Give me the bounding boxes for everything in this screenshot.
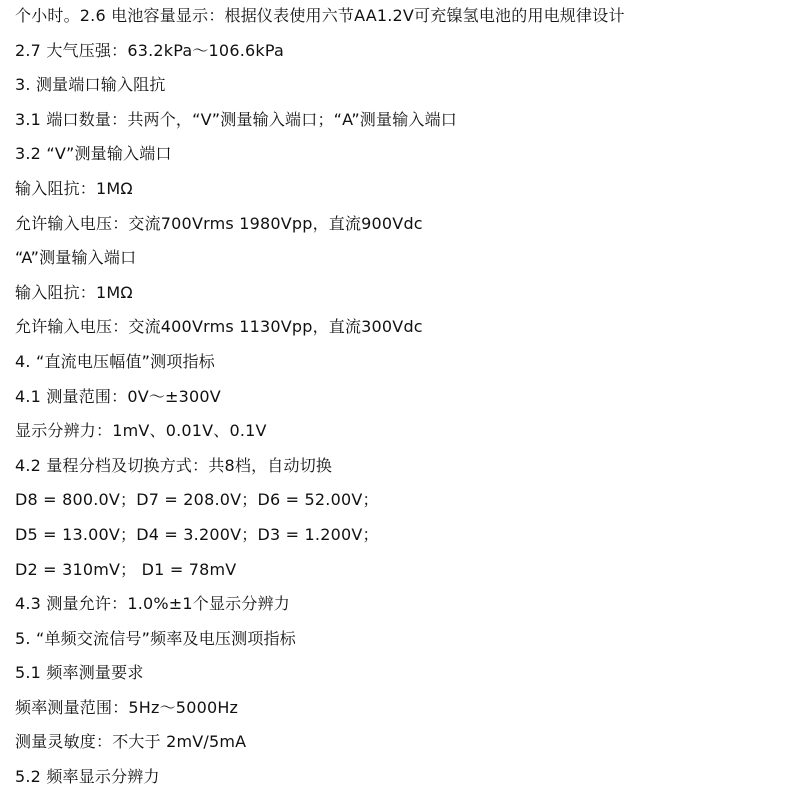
text-line-range-switching: 4.2 量程分档及切换方式：共8档，自动切换 — [15, 449, 795, 484]
text-line-ranges-d8-d6: D8 = 800.0V；D7 = 208.0V；D6 = 52.00V； — [15, 483, 795, 518]
document-body: 个小时。2.6 电池容量显示：根据仪表使用六节AA1.2V可充镍氢电池的用电规律… — [15, 0, 795, 795]
text-line-v-allowed-voltage: 允许输入电压：交流700Vrms 1980Vpp，直流900Vdc — [15, 207, 795, 242]
text-line-dc-resolution: 显示分辨力：1mV、0.01V、0.1V — [15, 414, 795, 449]
text-line-a-impedance: 输入阻抗：1MΩ — [15, 276, 795, 311]
text-line-v-impedance: 输入阻抗：1MΩ — [15, 172, 795, 207]
subheading-a-port: “A”测量输入端口 — [15, 241, 795, 276]
text-line-sensitivity: 测量灵敏度：不大于 2mV/5mA — [15, 725, 795, 760]
text-line-atmospheric-pressure: 2.7 大气压强：63.2kPa～106.6kPa — [15, 34, 795, 69]
subheading-frequency-resolution: 5.2 频率显示分辨力 — [15, 760, 795, 795]
text-line-dc-range: 4.1 测量范围：0V～±300V — [15, 380, 795, 415]
section-heading-input-impedance: 3. 测量端口输入阻抗 — [15, 68, 795, 103]
text-line-ranges-d5-d3: D5 = 13.00V；D4 = 3.200V；D3 = 1.200V； — [15, 518, 795, 553]
text-line-a-allowed-voltage: 允许输入电压：交流400Vrms 1130Vpp，直流300Vdc — [15, 310, 795, 345]
text-line-battery-display: 个小时。2.6 电池容量显示：根据仪表使用六节AA1.2V可充镍氢电池的用电规律… — [15, 0, 795, 34]
section-heading-dc-voltage: 4. “直流电压幅值”测项指标 — [15, 345, 795, 380]
text-line-port-count: 3.1 端口数量：共两个，“V”测量输入端口；“A”测量输入端口 — [15, 103, 795, 138]
section-heading-ac-signal: 5. “单频交流信号”频率及电压测项指标 — [15, 622, 795, 657]
text-line-dc-tolerance: 4.3 测量允许：1.0%±1个显示分辨力 — [15, 587, 795, 622]
text-line-ranges-d2-d1: D2 = 310mV； D1 = 78mV — [15, 553, 795, 588]
subheading-frequency-requirements: 5.1 频率测量要求 — [15, 656, 795, 691]
text-line-frequency-range: 频率测量范围：5Hz～5000Hz — [15, 691, 795, 726]
subheading-v-port: 3.2 “V”测量输入端口 — [15, 137, 795, 172]
